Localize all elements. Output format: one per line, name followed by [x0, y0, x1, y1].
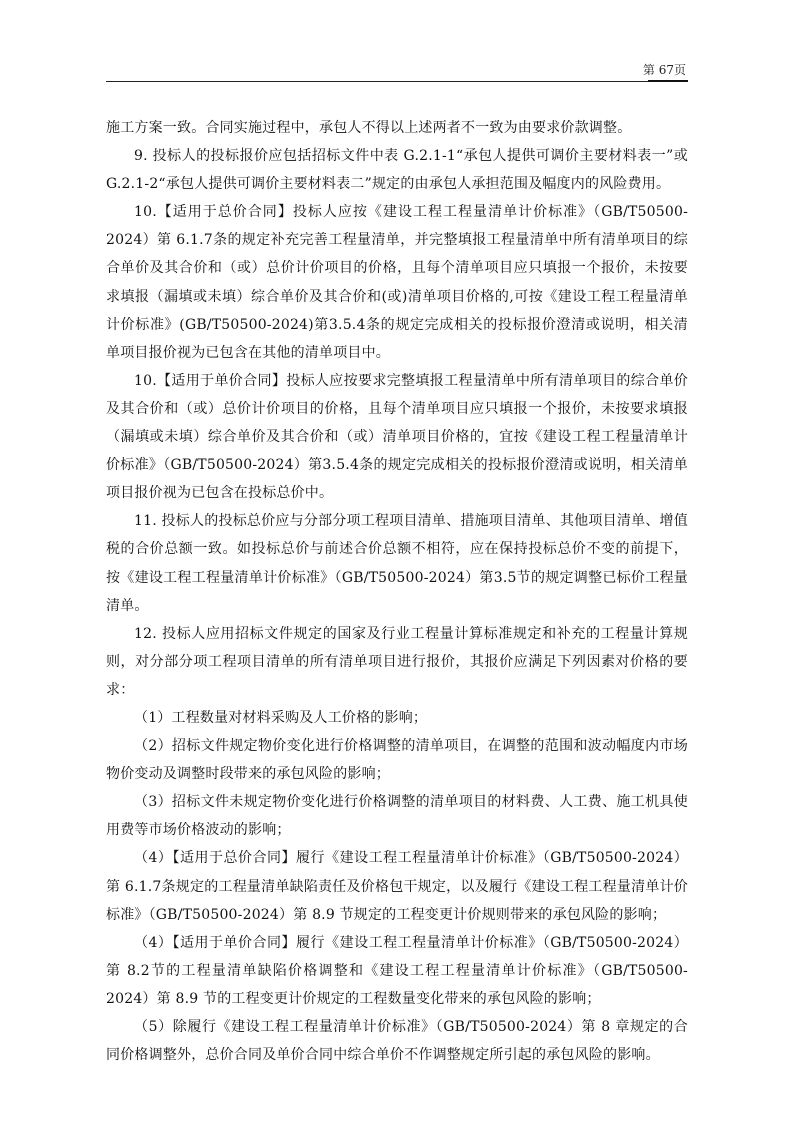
paragraph-item-12-4-unit-price: （4）【适用于单价合同】履行《建设工程工程量清单计价标准》（GB/T50500-… — [106, 929, 688, 1013]
paragraph-item-12-2: （2）招标文件规定物价变化进行价格调整的清单项目，在调整的范围和波动幅度内市场物… — [106, 732, 688, 788]
paragraph-item-9: 9. 投标人的投标报价应包括招标文件中表 G.2.1-1“承包人提供可调价主要材… — [106, 142, 688, 198]
document-body: 施工方案一致。合同实施过程中，承包人不得以上述两者不一致为由要求价款调整。 9.… — [106, 114, 688, 1069]
paragraph-item-12-3: （3）招标文件未规定物价变化进行价格调整的清单项目的材料费、人工费、施工机具使用… — [106, 788, 688, 844]
paragraph-item-12-4-lump-sum: （4）【适用于总价合同】履行《建设工程工程量清单计价标准》（GB/T50500-… — [106, 844, 688, 928]
paragraph-item-12-1: （1）工程数量对材料采购及人工价格的影响； — [106, 704, 688, 732]
paragraph-item-10-unit-price: 10.【适用于单价合同】投标人应按要求完整填报工程量清单中所有清单项目的综合单价… — [106, 367, 688, 507]
paragraph-item-10-lump-sum: 10.【适用于总价合同】投标人应按《建设工程工程量清单计价标准》（GB/T505… — [106, 198, 688, 367]
page-number: 第 67页 — [643, 61, 686, 78]
paragraph-item-11: 11. 投标人的投标总价应与分部分项工程项目清单、措施项目清单、其他项目清单、增… — [106, 507, 688, 619]
paragraph-continuation: 施工方案一致。合同实施过程中，承包人不得以上述两者不一致为由要求价款调整。 — [106, 114, 688, 142]
header-divider — [106, 81, 688, 82]
paragraph-item-12-5: （5）除履行《建设工程工程量清单计价标准》（GB/T50500-2024）第 8… — [106, 1013, 688, 1069]
header-divider-accent — [648, 80, 688, 82]
page-header: 第 67页 — [106, 60, 688, 82]
paragraph-item-12: 12. 投标人应用招标文件规定的国家及行业工程量计算标准规定和补充的工程量计算规… — [106, 620, 688, 704]
